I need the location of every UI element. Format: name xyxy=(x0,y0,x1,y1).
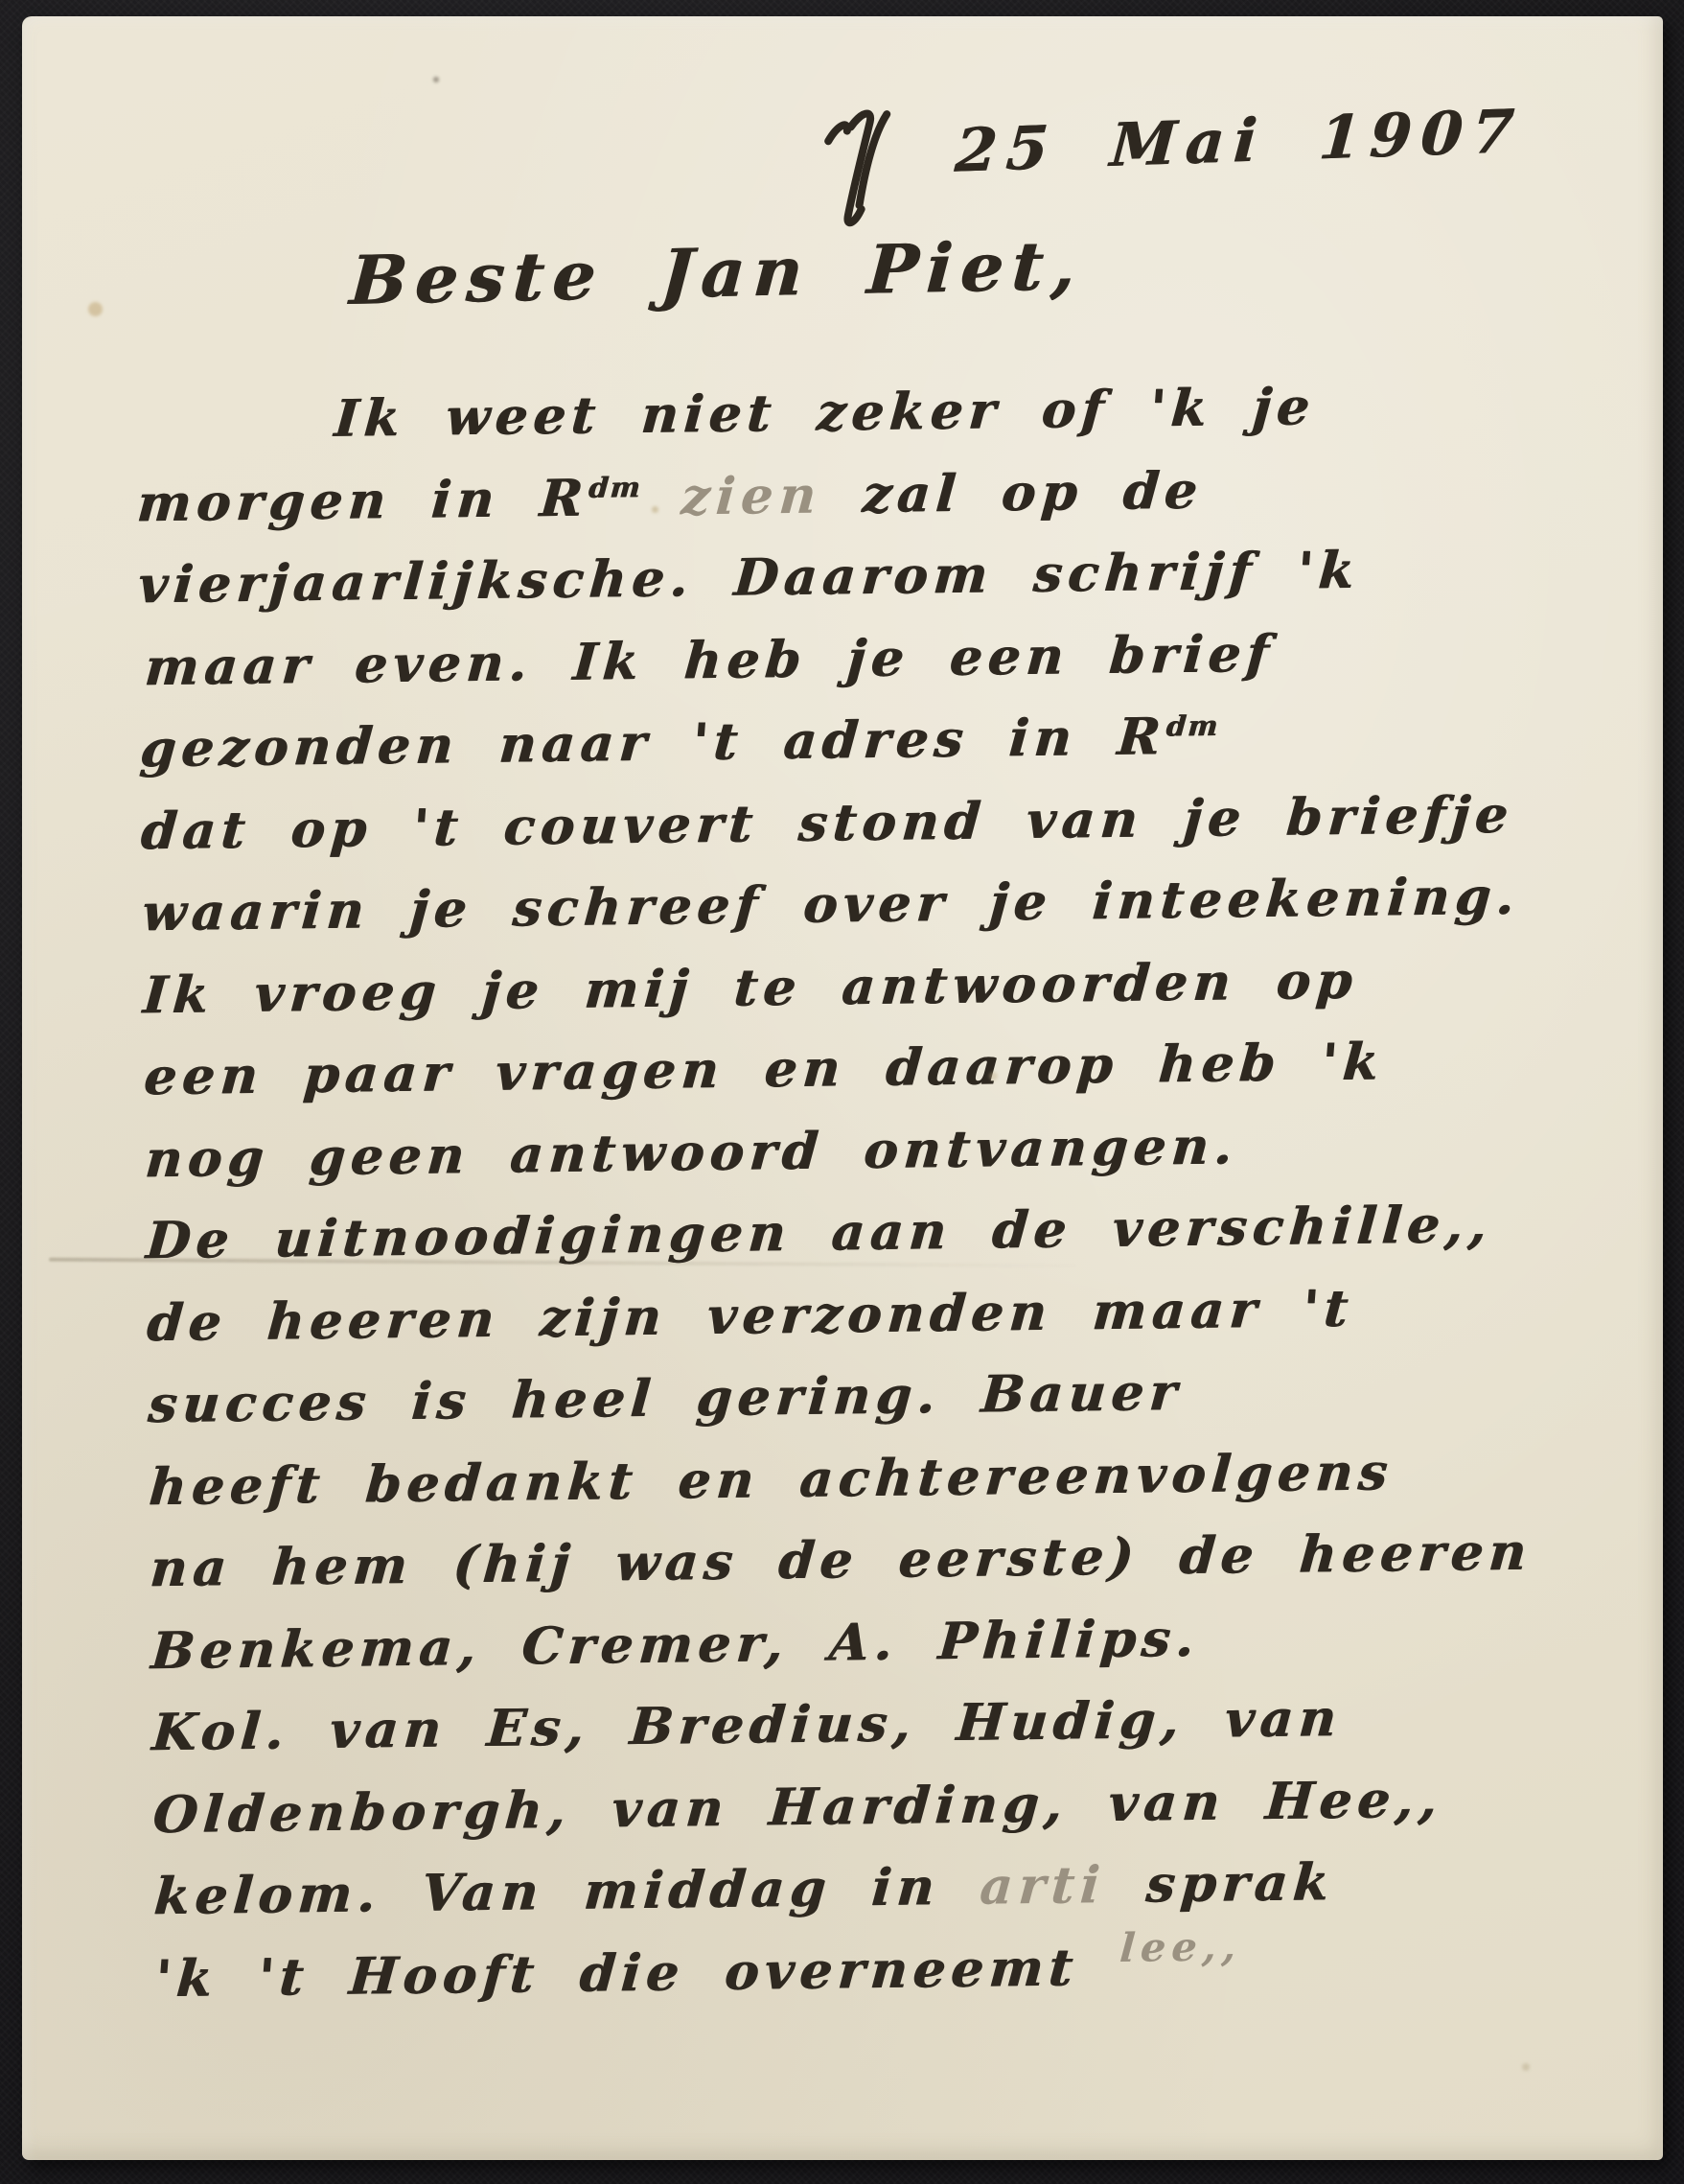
date-text: 25 Mai 1907 xyxy=(953,96,1525,186)
foxing-spot xyxy=(88,302,103,316)
dateline: 25 Mai 1907 xyxy=(806,79,1526,238)
foxing-spot xyxy=(989,1072,998,1080)
line-text: dm xyxy=(588,471,643,504)
place-flourish-mark xyxy=(806,100,926,238)
faded-word: lee,, xyxy=(1119,1922,1244,1971)
line-text: Benkema, Cremer, A. Philips. xyxy=(149,1608,1201,1680)
foxing-spot xyxy=(1522,2063,1530,2071)
letter-paper: 25 Mai 1907 Beste Jan Piet, Ik weet niet… xyxy=(22,16,1663,2160)
line-text: Ik weet niet zeker of 'k je xyxy=(333,377,1317,449)
line-text: kelom. Van middag in xyxy=(151,1857,981,1927)
faded-word: arti xyxy=(978,1855,1108,1917)
faded-word: zien xyxy=(680,465,824,526)
line-text: morgen in R xyxy=(135,468,590,533)
line-text: nog geen antwoord ontvangen. xyxy=(143,1116,1239,1189)
letter-body-lines: Ik weet niet zeker of 'k jemorgen in Rdm… xyxy=(135,374,1616,2031)
line-text: zal op de xyxy=(819,460,1205,524)
line-text: succes is heel gering. Bauer xyxy=(146,1362,1184,1434)
line-text: 'k 't Hooft die overneemt xyxy=(153,1937,1121,2008)
letter-line: 'k 't Hooft die overneemt lee,, xyxy=(151,1931,1618,2031)
foxing-spot xyxy=(433,77,439,82)
line-text xyxy=(638,467,683,527)
line-text: dm xyxy=(1165,709,1220,743)
salutation: Beste Jan Piet, xyxy=(347,225,1086,320)
foxing-spot xyxy=(652,506,658,513)
line-text: gezonden naar 't adres in R xyxy=(138,707,1167,778)
line-text: sprak xyxy=(1103,1852,1336,1915)
